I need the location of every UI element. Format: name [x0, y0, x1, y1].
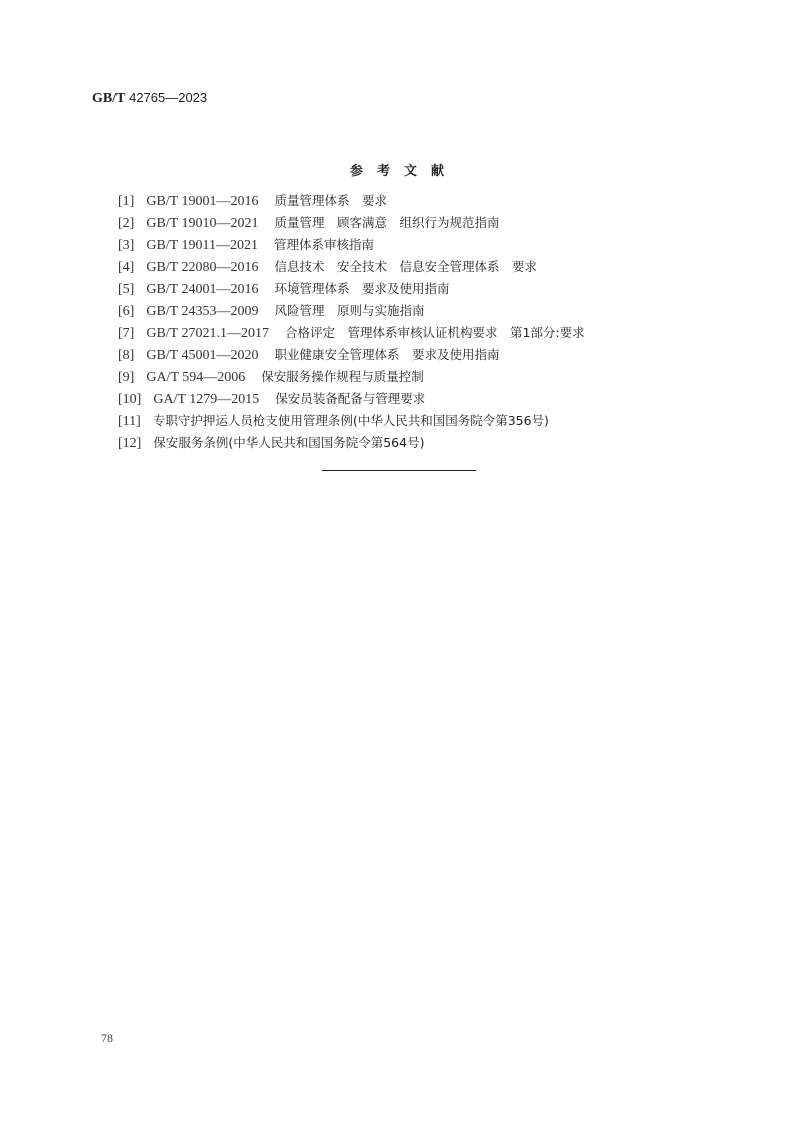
reference-number: [8] [118, 345, 134, 367]
reference-number: [1] [118, 191, 134, 213]
reference-item: [4]GB/T 22080—2016信息技术 安全技术 信息安全管理体系 要求 [118, 256, 738, 278]
reference-code: GB/T 19011—2021 [146, 235, 258, 257]
reference-item: [10]GA/T 1279—2015保安员装备配备与管理要求 [118, 388, 738, 410]
end-divider [322, 470, 476, 471]
reference-code: GB/T 24353—2009 [146, 301, 258, 323]
reference-item: [12]保安服务条例(中华人民共和国国务院令第564号) [118, 432, 738, 454]
standard-number: 42765—2023 [129, 90, 207, 105]
reference-title: 专职守护押运人员枪支使用管理条例(中华人民共和国国务院令第356号) [153, 410, 549, 432]
reference-title: 合格评定 管理体系审核认证机构要求 第1部分:要求 [285, 322, 585, 344]
reference-code: GB/T 22080—2016 [146, 257, 258, 279]
reference-code: GA/T 594—2006 [146, 367, 245, 389]
reference-title: 环境管理体系 要求及使用指南 [274, 278, 449, 300]
reference-number: [3] [118, 235, 134, 257]
reference-code: GB/T 24001—2016 [146, 279, 258, 301]
reference-title: 风险管理 原则与实施指南 [274, 300, 424, 322]
reference-item: [11]专职守护押运人员枪支使用管理条例(中华人民共和国国务院令第356号) [118, 410, 738, 432]
reference-item: [9]GA/T 594—2006保安服务操作规程与质量控制 [118, 366, 738, 388]
reference-title: 保安员装备配备与管理要求 [275, 388, 425, 410]
reference-number: [4] [118, 257, 134, 279]
reference-title: 保安服务条例(中华人民共和国国务院令第564号) [153, 432, 424, 454]
reference-title: 保安服务操作规程与质量控制 [261, 366, 424, 388]
reference-title: 管理体系审核指南 [274, 234, 374, 256]
reference-list: [1]GB/T 19001—2016质量管理体系 要求 [2]GB/T 1901… [118, 190, 738, 454]
reference-item: [7]GB/T 27021.1—2017合格评定 管理体系审核认证机构要求 第1… [118, 322, 738, 344]
reference-number: [2] [118, 213, 134, 235]
reference-number: [7] [118, 323, 134, 345]
reference-code: GB/T 27021.1—2017 [146, 323, 269, 345]
reference-number: [6] [118, 301, 134, 323]
reference-item: [5]GB/T 24001—2016环境管理体系 要求及使用指南 [118, 278, 738, 300]
reference-number: [5] [118, 279, 134, 301]
reference-item: [6]GB/T 24353—2009风险管理 原则与实施指南 [118, 300, 738, 322]
standard-code-header: GB/T 42765—2023 [92, 90, 207, 107]
reference-code: GB/T 19001—2016 [146, 191, 258, 213]
section-title: 参考文献 [0, 160, 794, 179]
reference-item: [8]GB/T 45001—2020职业健康安全管理体系 要求及使用指南 [118, 344, 738, 366]
reference-title: 质量管理 顾客满意 组织行为规范指南 [274, 212, 499, 234]
reference-title: 信息技术 安全技术 信息安全管理体系 要求 [274, 256, 537, 278]
reference-number: [12] [118, 433, 141, 455]
reference-code: GA/T 1279—2015 [153, 389, 259, 411]
reference-item: [3]GB/T 19011—2021管理体系审核指南 [118, 234, 738, 256]
reference-number: [10] [118, 389, 141, 411]
reference-title: 质量管理体系 要求 [274, 190, 387, 212]
reference-number: [11] [118, 411, 141, 433]
reference-code: GB/T 45001—2020 [146, 345, 258, 367]
reference-code: GB/T 19010—2021 [146, 213, 258, 235]
reference-item: [2]GB/T 19010—2021质量管理 顾客满意 组织行为规范指南 [118, 212, 738, 234]
reference-item: [1]GB/T 19001—2016质量管理体系 要求 [118, 190, 738, 212]
reference-title: 职业健康安全管理体系 要求及使用指南 [274, 344, 499, 366]
page-number: 78 [101, 1031, 113, 1046]
standard-prefix: GB/T [92, 91, 125, 106]
reference-number: [9] [118, 367, 134, 389]
